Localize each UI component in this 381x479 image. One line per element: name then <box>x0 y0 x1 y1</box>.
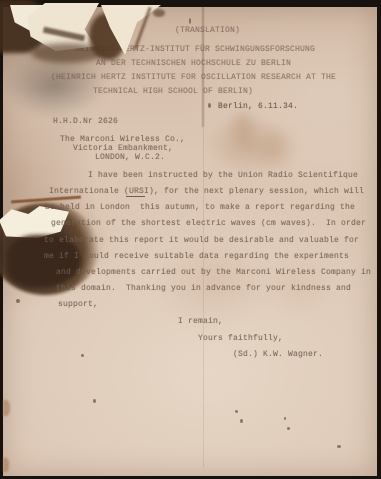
closing-line-2: Yours faithfully, <box>198 334 283 343</box>
closing-line-1: I remain, <box>178 317 223 326</box>
recipient-line-3: LONDON, W.C.2. <box>95 153 165 162</box>
body-line-2: Internationale (URSI), for the next plen… <box>49 187 364 196</box>
ursi-underline <box>126 196 145 197</box>
ink-speck <box>189 18 191 24</box>
burn-char-top-bottom <box>31 43 103 63</box>
ink-speck <box>284 417 286 420</box>
body-line-6: me if I could receive suitable data rega… <box>44 252 349 261</box>
photo-frame: (TRANSLATION) HEINRICH-HERTZ-INSTITUT FÜ… <box>0 0 381 479</box>
signature-line: (Sd.) K.W. Wagner. <box>233 350 323 359</box>
letter-paper: (TRANSLATION) HEINRICH-HERTZ-INSTITUT FÜ… <box>3 7 377 476</box>
ink-speck <box>16 299 20 303</box>
header-line-german-2: AN DER TECHNISCHEN HOCHSCHULE ZU BERLIN <box>96 59 291 68</box>
header-line-english-1: (HEINRICH HERTZ INSTITUTE FOR OSCILLATIO… <box>51 73 336 82</box>
ink-speck <box>208 103 211 108</box>
body-line-9: support, <box>58 300 98 309</box>
body-line-7: and developments carried out by the Marc… <box>56 268 371 277</box>
ink-speck <box>235 410 238 413</box>
tear-top-speck <box>153 9 165 17</box>
date-line: Berlin, 6.11.34. <box>218 102 298 111</box>
header-line-english-2: TECHNICAL HIGH SCHOOL OF BERLIN) <box>93 87 253 96</box>
recipient-line-1: The Marconi Wireless Co., <box>60 135 185 144</box>
reference-number: H.H.D.Nr 2626 <box>53 117 118 126</box>
body-line-8: this domain. Thanking you in advance for… <box>56 284 351 293</box>
edge-stain <box>3 458 9 472</box>
ink-speck <box>287 427 290 430</box>
ink-speck <box>240 419 243 423</box>
body-line-4: generation of the shortest electric wave… <box>51 219 366 228</box>
edge-stain <box>3 400 10 416</box>
ink-speck <box>337 445 341 448</box>
recipient-line-2: Victoria Embankment, <box>73 144 173 153</box>
translation-label: (TRANSLATION) <box>175 26 240 35</box>
ink-speck <box>81 354 84 357</box>
body-line-5: to elaborate this report it would be des… <box>44 236 359 245</box>
ink-speck <box>93 399 96 403</box>
water-stain-right-3 <box>253 123 299 175</box>
body-line-3: be held in London this autumn, to make a… <box>45 203 355 212</box>
body-line-1: I have been instructed by the Union Radi… <box>88 171 358 180</box>
